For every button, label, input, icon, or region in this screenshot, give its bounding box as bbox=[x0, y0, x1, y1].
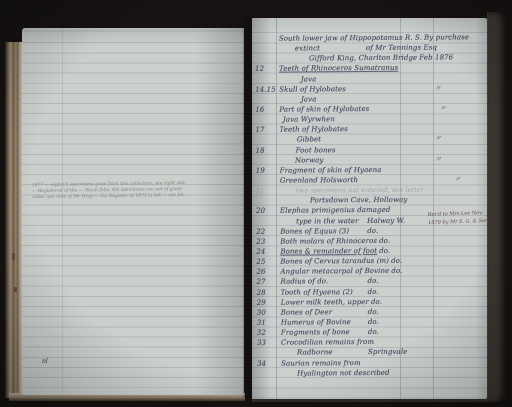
entry-text: Java Wyrwhen bbox=[279, 114, 364, 125]
entry-text: Saurian remains from bbox=[281, 358, 366, 369]
entry-right: Feb 1876 bbox=[417, 53, 469, 64]
entry-right: do. bbox=[369, 296, 421, 307]
entry-ditto: 〃 bbox=[436, 174, 506, 185]
entry-number: 26 bbox=[253, 267, 280, 277]
margin-mark: nl bbox=[42, 358, 48, 365]
entry-text: Foot bones bbox=[280, 145, 365, 156]
entry-text: Radborne bbox=[281, 347, 366, 358]
register-photo: 1877 — eight(?) specimens gone from this… bbox=[0, 0, 512, 407]
entry-text: Hyalington not described bbox=[281, 368, 390, 379]
entry-number: 18 bbox=[253, 145, 280, 155]
entry-text: Fragment of skin of Hyaena bbox=[280, 165, 382, 176]
entry-text: extinct bbox=[279, 43, 364, 54]
entry-text: Crocodilian remains from bbox=[281, 337, 374, 348]
entry-text: Java bbox=[279, 94, 364, 105]
entry-number: 34 bbox=[254, 358, 281, 368]
entry-number: 17 bbox=[252, 125, 279, 135]
entry-text: Greenland Holsworth bbox=[280, 175, 384, 186]
page-edge-speck bbox=[12, 253, 15, 260]
entry-number: 31 bbox=[254, 318, 281, 328]
entry-right: do. bbox=[366, 306, 418, 317]
entry-number: 21 bbox=[253, 186, 280, 196]
entry-text: Fragments of bone bbox=[281, 327, 366, 338]
entry-number: 23 bbox=[253, 236, 280, 246]
book-page-edges-left bbox=[5, 42, 23, 398]
entry-text: type in the water bbox=[280, 216, 365, 227]
entry-right: Halway W. bbox=[365, 215, 417, 226]
entry-text: two specimens not entered, see letter bbox=[280, 185, 424, 196]
side-annotation: Ret'd to Mrs Lee Nov. 1879 by Mr S. G. &… bbox=[428, 210, 488, 227]
entry-ditto: 〃 bbox=[421, 103, 491, 114]
entry-right: do. bbox=[366, 327, 418, 338]
entry-number: 29 bbox=[254, 297, 281, 307]
entry-text: Skull of Hylobates bbox=[279, 84, 364, 95]
entry-number: 20 bbox=[253, 206, 280, 216]
entry-right: do. bbox=[377, 246, 429, 257]
book-cover-right-edge bbox=[487, 12, 506, 402]
entry-text: Norway bbox=[280, 155, 365, 166]
entry-number: 24 bbox=[253, 247, 280, 257]
register-row: 21two specimens not entered, see letter bbox=[253, 184, 487, 196]
entry-text: Tooth of Hyaena (2) bbox=[281, 287, 366, 298]
entry-right: do. bbox=[377, 235, 429, 246]
entry-number: 14.15 bbox=[252, 84, 279, 94]
entry-right: By purchase bbox=[422, 32, 474, 43]
left-page: 1877 — eight(?) specimens gone from this… bbox=[22, 28, 244, 395]
entry-number: 27 bbox=[253, 277, 280, 287]
entry-text: Lower milk teeth, upper bbox=[281, 297, 369, 308]
entry-number: 25 bbox=[253, 257, 280, 267]
pencil-annotation: 1877 — eight(?) specimens gone from this… bbox=[32, 181, 190, 201]
entry-ditto: 〃 bbox=[417, 154, 487, 165]
entry-number: 12 bbox=[252, 64, 279, 74]
entry-text: Both molars of Rhinoceros bbox=[280, 236, 377, 247]
entry-text: Bones of Equus (3) bbox=[280, 226, 365, 237]
entry-text: Teeth of Hylobates bbox=[279, 124, 364, 135]
entry-text: Java bbox=[279, 74, 364, 85]
register-row: Hyalington not described bbox=[254, 367, 488, 379]
entry-number: 33 bbox=[254, 338, 281, 348]
entry-text: Radius of do. bbox=[280, 276, 365, 287]
register-row: 16Part of skin of Hylobates〃 bbox=[252, 103, 486, 115]
page-shading bbox=[22, 28, 244, 395]
entry-text: Gibbet bbox=[280, 134, 365, 145]
register-rows: South lower jaw of Hippopotamus R. S.By … bbox=[252, 32, 488, 378]
entry-right: Springvale bbox=[366, 347, 418, 358]
entry-right: do. bbox=[389, 256, 441, 267]
entry-text: Part of skin of Hylobates bbox=[279, 104, 369, 115]
entry-number: 30 bbox=[254, 307, 281, 317]
entry-ditto: 〃 bbox=[417, 134, 487, 145]
entry-text: Humerus of Bovine bbox=[281, 317, 366, 328]
entry-right: do. bbox=[366, 286, 418, 297]
entry-right: do. bbox=[365, 276, 417, 287]
entry-ditto: 〃 bbox=[416, 83, 486, 94]
entry-text: Teeth of Rhinoceros Sumatranus bbox=[279, 63, 398, 74]
entry-right: do. bbox=[365, 225, 417, 236]
entry-right: do. bbox=[389, 266, 441, 277]
entry-text: Bones & remainder of foot bbox=[280, 246, 377, 257]
page-edge-speck bbox=[14, 287, 17, 292]
entry-number: 28 bbox=[254, 287, 281, 297]
entry-number: 19 bbox=[253, 165, 280, 175]
entry-right: do. bbox=[366, 317, 418, 328]
entry-number: 16 bbox=[252, 105, 279, 115]
entry-text: Bones of Deer bbox=[281, 307, 366, 318]
entry-right: of Mr Tennings Esq bbox=[364, 43, 416, 54]
entry-number: 22 bbox=[253, 226, 280, 236]
entry-number: 32 bbox=[254, 328, 281, 338]
right-page: South lower jaw of Hippopotamus R. S.By … bbox=[252, 18, 487, 399]
